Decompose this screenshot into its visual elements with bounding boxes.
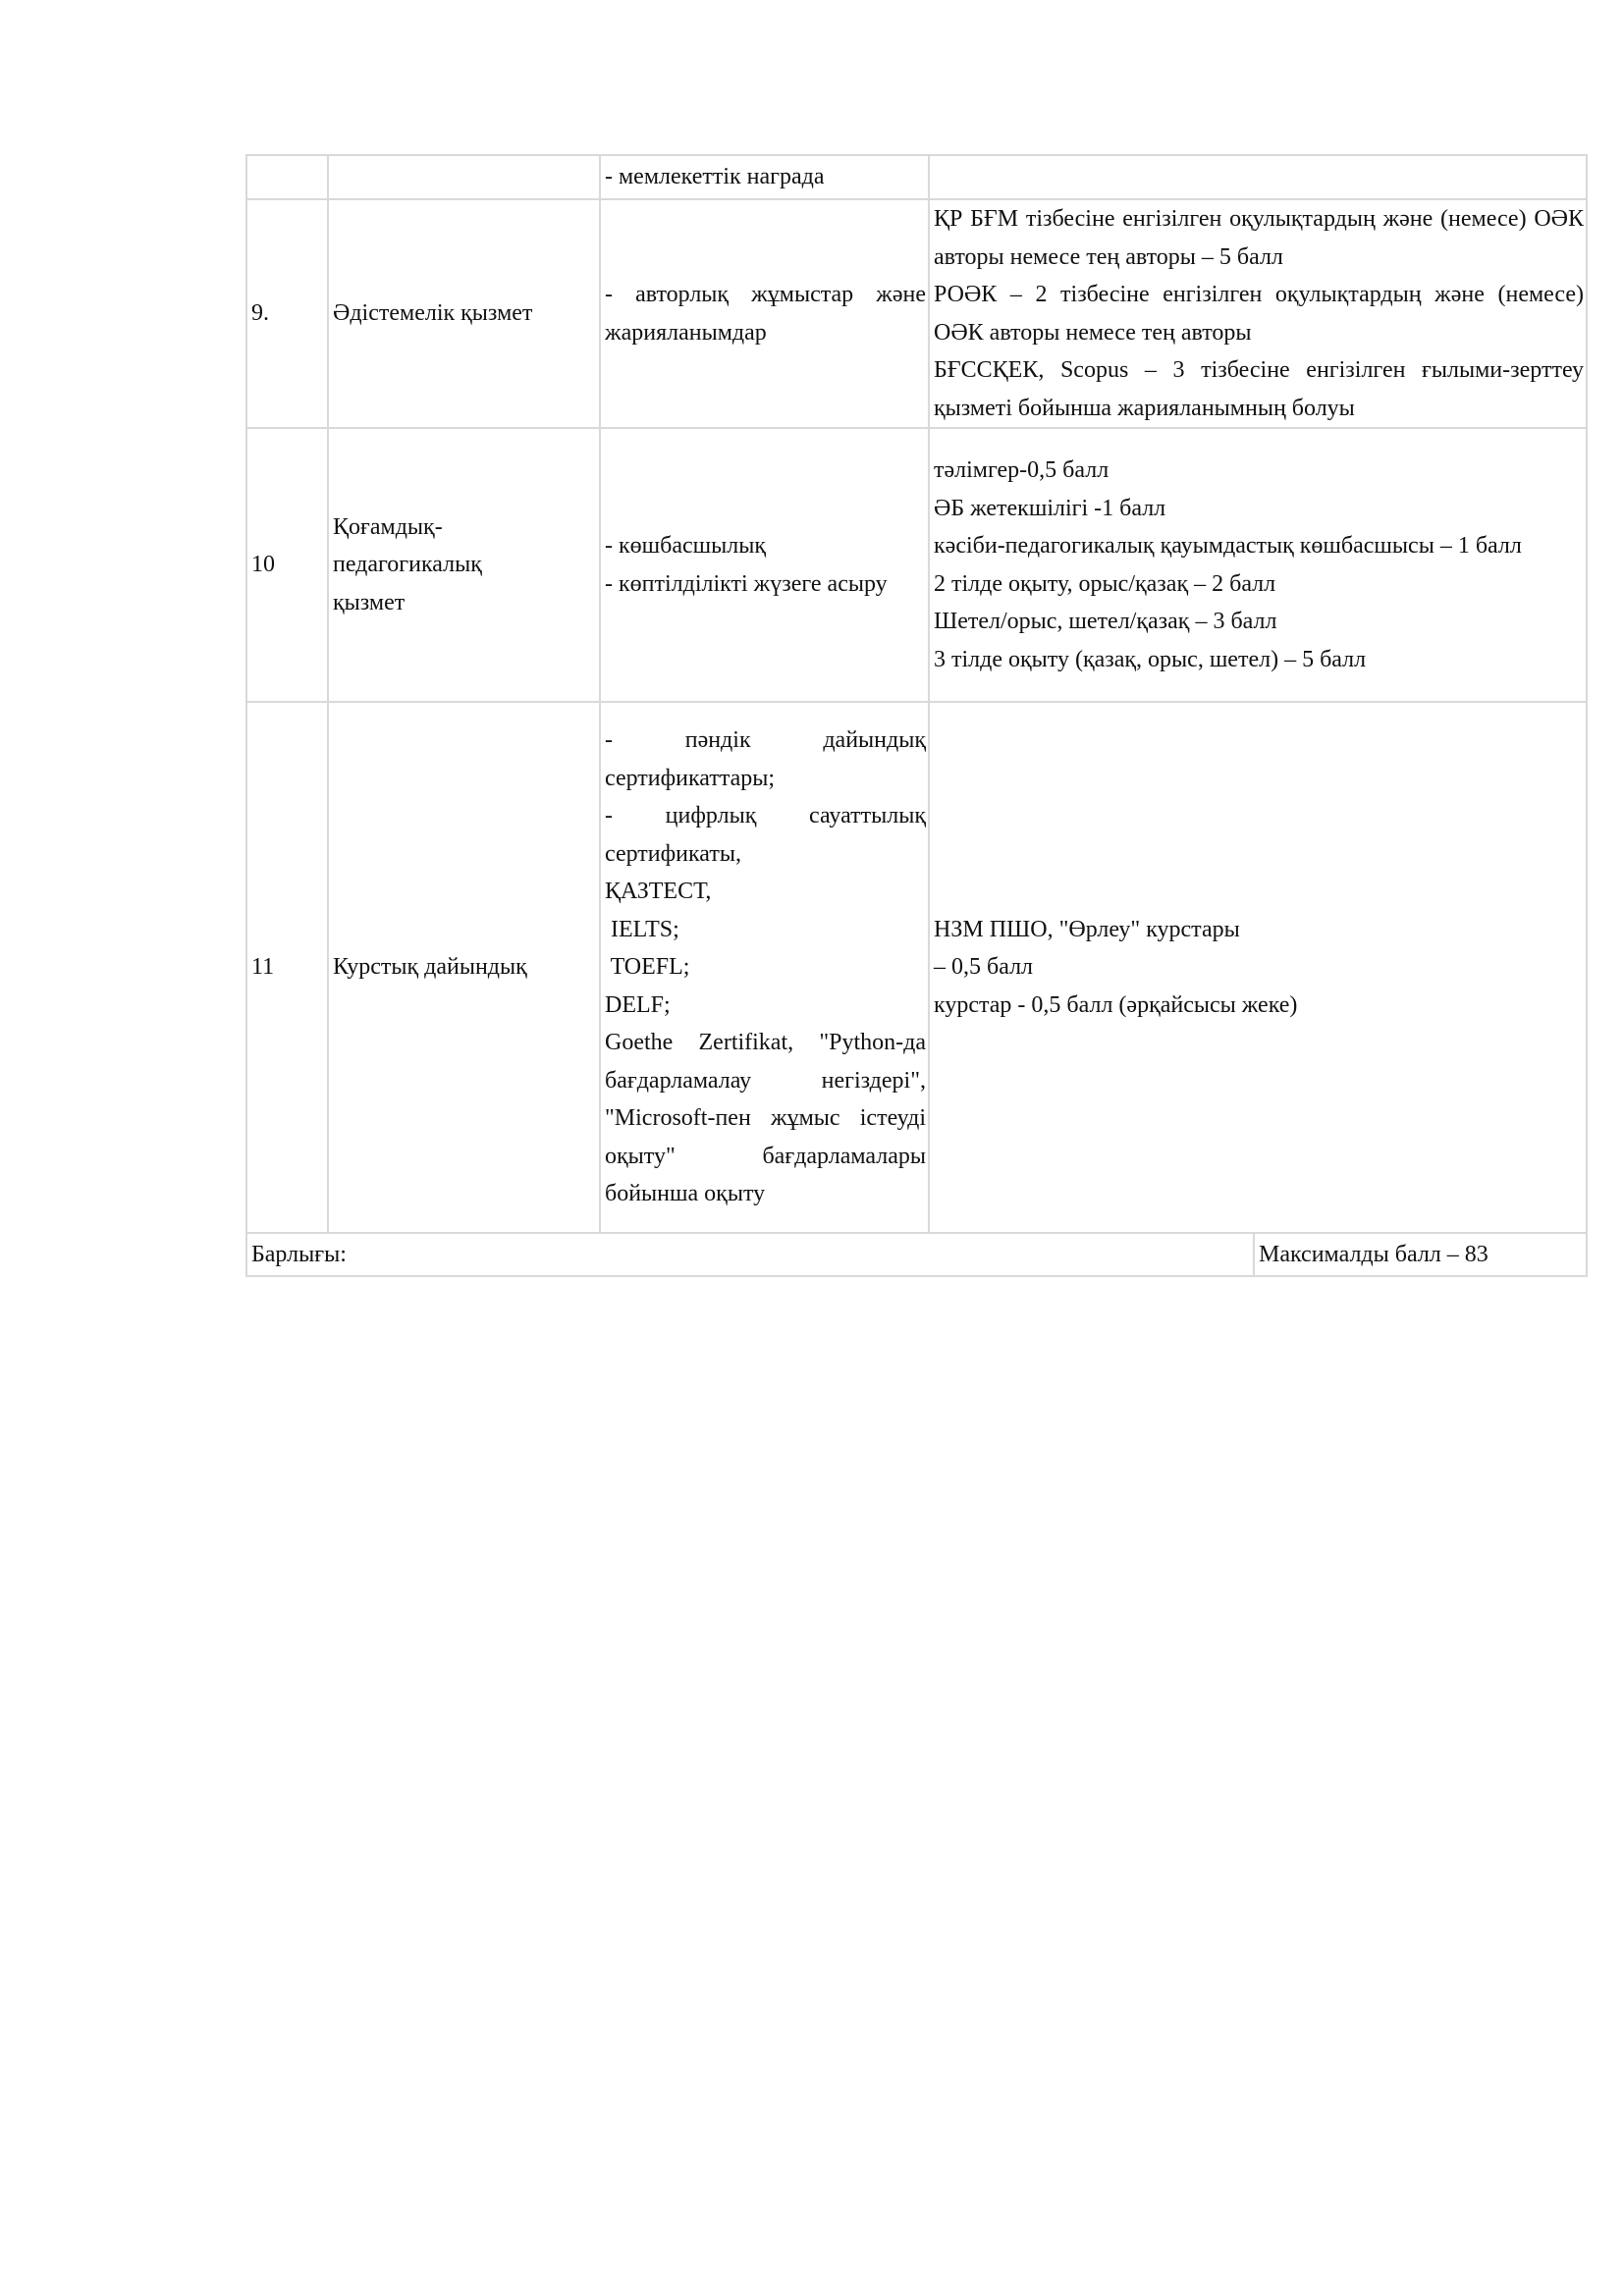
criteria-item: - цифрлық сауаттылық сертификаты, xyxy=(605,797,926,873)
points-item: БҒССҚЕК, Scopus – 3 тізбесіне енгізілген… xyxy=(934,351,1584,427)
table-row: 9. Әдістемелік қызмет - авторлық жұмыста… xyxy=(246,199,1587,428)
criteria-item: DELF; xyxy=(605,987,926,1025)
points-item: – 0,5 балл xyxy=(934,948,1584,987)
criteria-item: IELTS; xyxy=(605,911,926,949)
points-item: РОӘК – 2 тізбесіне енгізілген оқулықтард… xyxy=(934,276,1584,351)
criteria-item: - мемлекеттік награда xyxy=(605,158,926,196)
table-row: 10 Қоғамдық-педагогикалық қызмет - көшба… xyxy=(246,428,1587,702)
total-label: Барлығы: xyxy=(246,1234,1254,1276)
table-row: 11 Курстық дайындық - пәндік дайындық се… xyxy=(246,702,1587,1233)
row-points: ҚР БҒМ тізбесіне енгізілген оқулықтардың… xyxy=(929,199,1587,428)
row-criteria: - пәндік дайындық сертификаттары; - цифр… xyxy=(600,702,929,1233)
points-item: тәлімгер-0,5 балл xyxy=(934,452,1584,490)
row-number xyxy=(246,155,328,199)
criteria-item: - көптілділікті жүзеге асыру xyxy=(605,565,926,604)
points-item: ӘБ жетекшілігі -1 балл xyxy=(934,490,1584,528)
criteria-item: TOEFL; xyxy=(605,948,926,987)
total-value: Максималды балл – 83 xyxy=(1254,1234,1587,1276)
row-number: 9. xyxy=(246,199,328,428)
document-page: - мемлекеттік награда 9. Әдістемелік қыз… xyxy=(245,154,1586,1277)
row-number: 10 xyxy=(246,428,328,702)
points-item: кәсіби-педагогикалық қауымдастық көшбасш… xyxy=(934,527,1584,565)
total-table: Барлығы: Максималды балл – 83 xyxy=(245,1234,1588,1277)
points-item: ҚР БҒМ тізбесіне енгізілген оқулықтардың… xyxy=(934,200,1584,276)
criteria-item: ҚАЗТЕСТ, xyxy=(605,873,926,911)
row-category: Әдістемелік қызмет xyxy=(328,199,600,428)
table-row: - мемлекеттік награда xyxy=(246,155,1587,199)
points-item: 3 тілде оқыту (қазақ, орыс, шетел) – 5 б… xyxy=(934,641,1584,679)
criteria-item: Goethe Zertifikat, "Python-да бағдарлама… xyxy=(605,1024,926,1213)
row-category: Курстық дайындық xyxy=(328,702,600,1233)
row-criteria: - көшбасшылық - көптілділікті жүзеге асы… xyxy=(600,428,929,702)
criteria-item: - пәндік дайындық сертификаттары; xyxy=(605,721,926,797)
row-category xyxy=(328,155,600,199)
row-points: НЗМ ПШО, "Өрлеу" курстары – 0,5 балл кур… xyxy=(929,702,1587,1233)
row-points xyxy=(929,155,1587,199)
total-row: Барлығы: Максималды балл – 83 xyxy=(246,1234,1587,1276)
points-item: Шетел/орыс, шетел/қазақ – 3 балл xyxy=(934,603,1584,641)
row-criteria: - мемлекеттік награда xyxy=(600,155,929,199)
row-number: 11 xyxy=(246,702,328,1233)
points-item: НЗМ ПШО, "Өрлеу" курстары xyxy=(934,911,1584,949)
criteria-item: - көшбасшылық xyxy=(605,527,926,565)
row-points: тәлімгер-0,5 балл ӘБ жетекшілігі -1 балл… xyxy=(929,428,1587,702)
criteria-table: - мемлекеттік награда 9. Әдістемелік қыз… xyxy=(245,154,1588,1234)
criteria-item: - авторлық жұмыстар және жарияланымдар xyxy=(605,282,926,346)
points-item: курстар - 0,5 балл (әрқайсысы жеке) xyxy=(934,987,1584,1025)
row-criteria: - авторлық жұмыстар және жарияланымдар xyxy=(600,199,929,428)
points-item: 2 тілде оқыту, орыс/қазақ – 2 балл xyxy=(934,565,1584,604)
row-category: Қоғамдық-педагогикалық қызмет xyxy=(328,428,600,702)
